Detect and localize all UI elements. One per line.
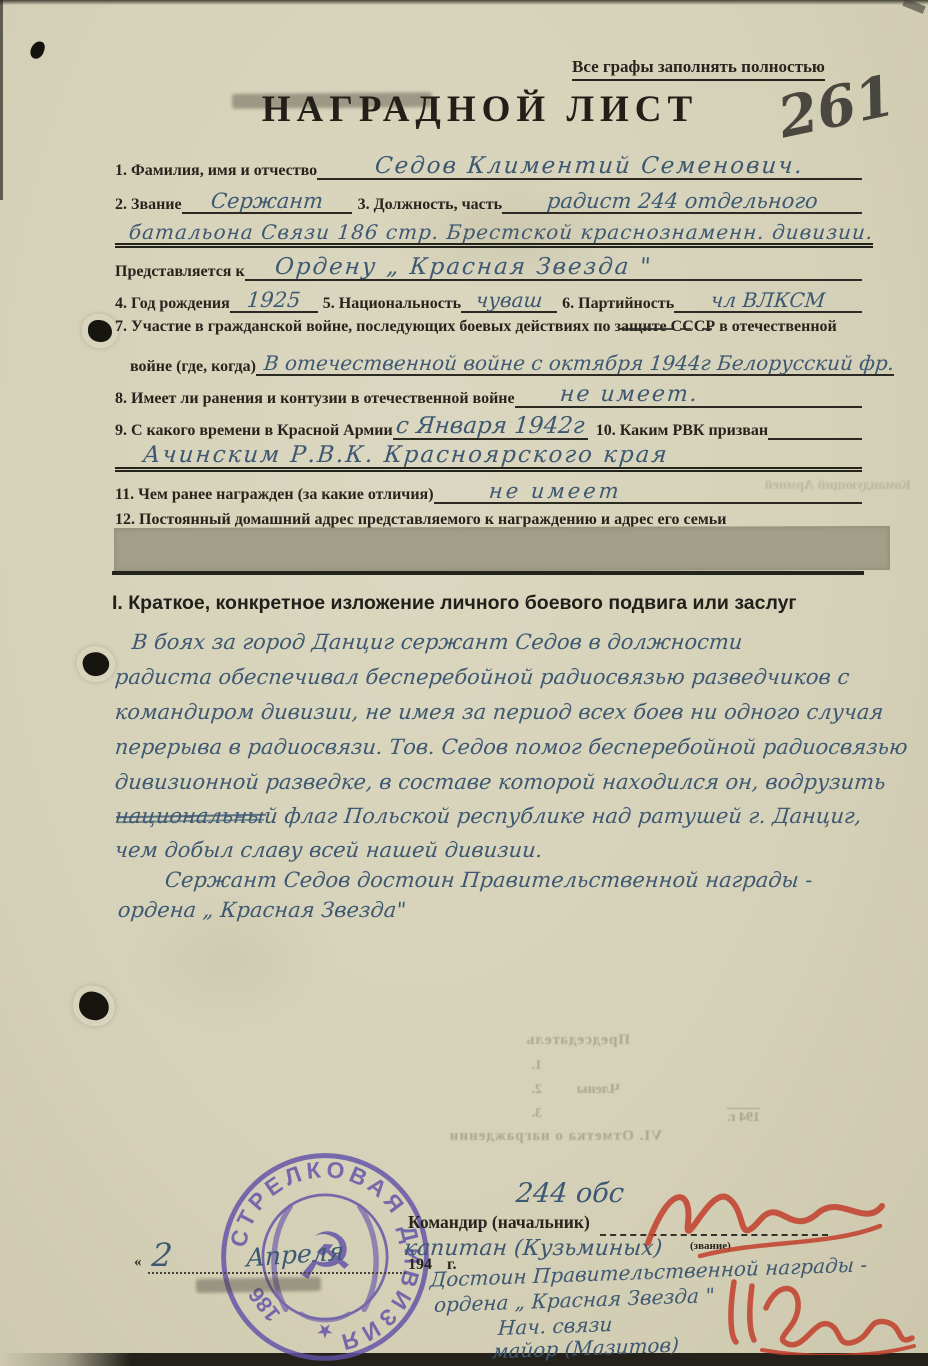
field-label: 3. Должность, часть (358, 196, 502, 214)
unit-number-handwritten: 244 обс (515, 1178, 626, 1209)
field-label: 10. Каким РВК призван (596, 422, 768, 440)
bleed-members-label: Члены (577, 1082, 620, 1098)
date-line-rule (148, 1272, 406, 1274)
page-title: НАГРАДНОЙ ЛИСТ (130, 88, 830, 131)
wreath-ribbon (301, 1314, 349, 1321)
bleed-member-1: 1. (532, 1058, 543, 1074)
field-row-war-where-when: войне (где, когда) В отечественной войне… (130, 344, 862, 376)
commander-label: Командир (начальник) (408, 1212, 590, 1233)
field-label: 8. Имеет ли ранения и контузии в отечест… (115, 390, 515, 408)
faded-overstamp-smudge (196, 1277, 321, 1293)
strikethrough-mark (618, 328, 674, 330)
feat-description-line: чем добыл славу всей нашей дивизии. (114, 838, 544, 862)
field-row-birth-nationality-party: 4. Год рождения 1925 5. Национальность ч… (115, 287, 862, 313)
field-value-handwritten: Сержант (210, 190, 324, 212)
field-underline: Седов Климентий Семенович. (317, 154, 862, 180)
field-row-rvk: Ачинским Р.В.К. Красноярского края (115, 440, 862, 472)
field-label: 6. Партийность (562, 295, 674, 313)
dash-mark (681, 328, 691, 330)
commander-name-handwritten: капитан (Кузьминых) (403, 1236, 663, 1261)
field-value-handwritten: 1925 (246, 289, 301, 311)
feat-description-line: дивизионной разведке, в составе которой … (114, 770, 887, 794)
field-label: 2. Звание (115, 196, 182, 214)
fill-all-fields-instruction: Все графы заполнять полностью (572, 57, 825, 81)
wreath-right (360, 1207, 376, 1309)
field-underline-double: Ачинским Р.В.К. Красноярского края (115, 443, 862, 472)
field-label: войне (где, когда) (130, 358, 256, 376)
field-value-handwritten: не имеет (488, 480, 623, 502)
section1-heading: I. Краткое, конкретное изложение личного… (112, 592, 832, 615)
field-value-handwritten: батальона Связи 186 стр. Брестской красн… (128, 222, 874, 243)
date-day-handwritten: 2 (150, 1236, 174, 1274)
field-value-handwritten: чл ВЛКСМ (710, 290, 826, 311)
field-underline: чл ВЛКСМ (674, 290, 862, 313)
scan-edge-top (0, 0, 928, 5)
field-label-civil-war: 7. Участие в гражданской войне, последую… (115, 318, 875, 336)
hole-punch (80, 649, 111, 679)
field-underline: с Января 1942г (393, 414, 588, 440)
field-row-position-continued: батальона Связи 186 стр. Брестской красн… (115, 220, 862, 248)
star-icon: ★ (316, 1320, 334, 1343)
bleed-section6: VI. Отметка о награждении (449, 1128, 662, 1145)
field-underline: не имеет. (515, 383, 862, 408)
corner-ink-mark (29, 39, 47, 60)
bleed-president: Председатель (526, 1032, 630, 1049)
bleed-member-2: 2. (532, 1082, 543, 1098)
field-row-rank-position: 2. Звание Сержант 3. Должность, часть ра… (115, 186, 862, 214)
field-value-handwritten: Ачинским Р.В.К. Красноярского края (142, 443, 670, 467)
field-value-handwritten: чуваш (475, 290, 543, 311)
field-label: 4. Год рождения (115, 295, 230, 313)
field-underline: Ордену „ Красная Звезда " (245, 255, 862, 281)
hole-punch (88, 320, 112, 342)
bleed-year: 194 г. (727, 1108, 760, 1126)
red-signature (718, 1260, 918, 1355)
feat-description-line: ордена „ Красная Звезда" (117, 898, 407, 922)
thick-rule (112, 571, 864, 575)
field-underline: радист 244 отдельного (502, 190, 862, 214)
field-label: 1. Фамилия, имя и отчество (115, 162, 317, 180)
field-underline: В отечественной войне с октября 1944г Бе… (256, 353, 894, 376)
feat-description-line: командиром дивизии, не имея за период вс… (114, 700, 884, 724)
field-underline: 1925 (230, 289, 318, 313)
dash-mark (702, 328, 712, 330)
field-value-handwritten: Ордену „ Красная Звезда " (274, 255, 653, 279)
feat-description-line: Сержант Седов достоин Правительственной … (164, 868, 814, 892)
field-label: 9. С какого времени в Красной Армии (115, 422, 393, 440)
hole-punch (77, 990, 111, 1023)
field-value-handwritten: с Января 1942г (395, 414, 586, 438)
feat-description-line: радиста обеспечивал бесперебойной радиос… (114, 665, 850, 689)
field-value-handwritten: Седов Климентий Семенович. (374, 154, 805, 178)
feat-description-line: В боях за город Данциг сержант Седов в д… (131, 630, 744, 654)
field-row-presented-for: Представляется к Ордену „ Красная Звезда… (115, 253, 862, 281)
bleed-army-note: Командующий Армией (696, 478, 911, 494)
feat-description-line: перерыва в радиосвязи. Тов. Седов помог … (114, 735, 909, 759)
field-underline: Сержант (182, 190, 352, 214)
field-label: 5. Национальность (323, 295, 461, 313)
award-sheet-document: Все графы заполнять полностью НАГРАДНОЙ … (0, 0, 928, 1366)
field-value-handwritten: не имеет. (559, 383, 700, 406)
field-value-handwritten: В отечественной войне с октября 1944г Бе… (263, 353, 895, 374)
redaction-block (114, 526, 890, 572)
bleed-member-3: 3. (532, 1106, 543, 1122)
field-row-army-since: 9. С какого времени в Красной Армии с Ян… (115, 408, 862, 440)
field-value-handwritten: радист 244 отдельного (546, 190, 819, 212)
field-label: Представляется к (115, 263, 245, 281)
field-label: 11. Чем ранее награжден (за какие отличи… (115, 486, 434, 504)
bleed-through-text-block: Председатель 1. Члены 2. 3. 194 г. VI. О… (330, 1032, 770, 1150)
field-underline: чуваш (461, 290, 557, 313)
field-row-wounds: 8. Имеет ли ранения и контузии в отечест… (115, 378, 862, 408)
field-row-name: 1. Фамилия, имя и отчество Седов Климент… (115, 150, 862, 180)
field-underline-double: батальона Связи 186 стр. Брестской красн… (115, 222, 873, 248)
scan-edge-left (0, 0, 3, 200)
date-open-quote: « (134, 1254, 142, 1271)
